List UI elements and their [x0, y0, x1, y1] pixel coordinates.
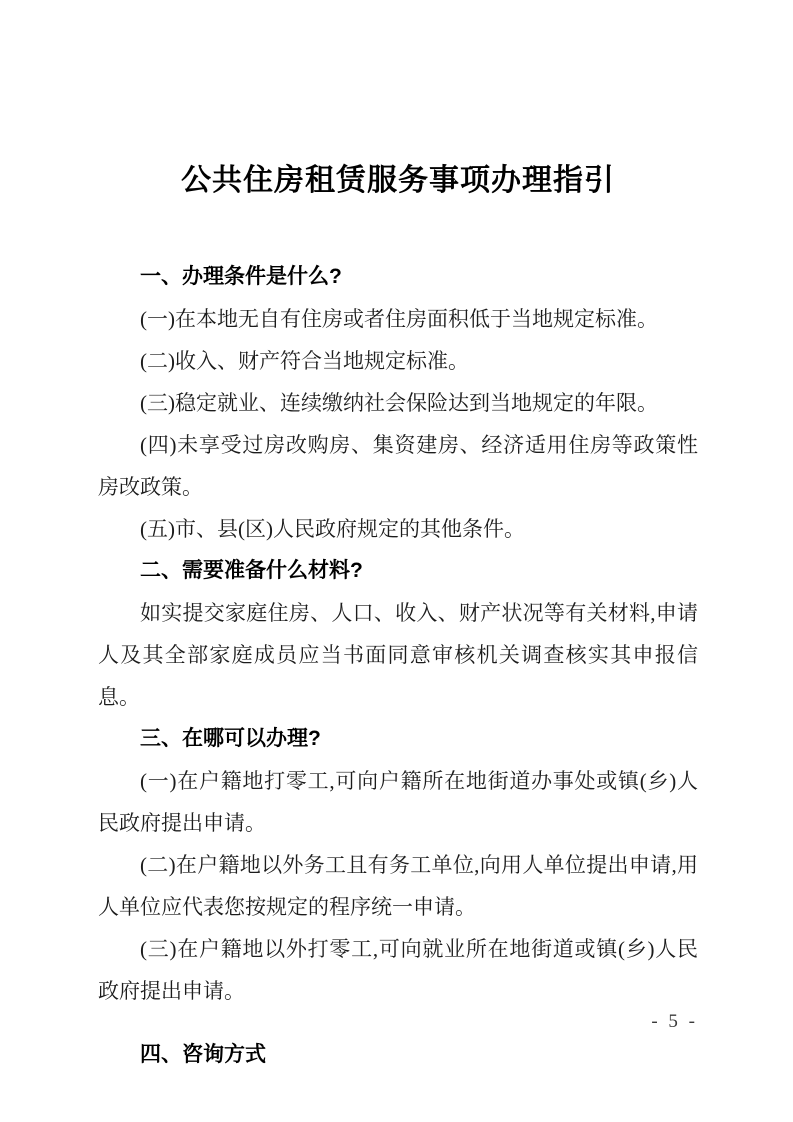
- section-heading-4: 四、咨询方式: [98, 1034, 698, 1076]
- paragraph: (四)未享受过房改购房、集资建房、经济适用住房等政策性房改政策。: [98, 424, 698, 508]
- section-heading-2: 二、需要准备什么材料?: [98, 550, 698, 592]
- document-title: 公共住房租赁服务事项办理指引: [98, 160, 698, 202]
- page-number: - 5 -: [651, 1008, 698, 1036]
- document-content: 公共住房租赁服务事项办理指引 一、办理条件是什么? (一)在本地无自有住房或者住…: [0, 0, 793, 1076]
- section-heading-3: 三、在哪可以办理?: [98, 718, 698, 760]
- section-heading-1: 一、办理条件是什么?: [98, 256, 698, 298]
- paragraph: 如实提交家庭住房、人口、收入、财产状况等有关材料,申请人及其全部家庭成员应当书面…: [98, 592, 698, 718]
- document-body: 一、办理条件是什么? (一)在本地无自有住房或者住房面积低于当地规定标准。 (二…: [98, 256, 698, 1076]
- paragraph: (二)收入、财产符合当地规定标准。: [98, 340, 698, 382]
- paragraph: (三)在户籍地以外打零工,可向就业所在地街道或镇(乡)人民政府提出申请。: [98, 928, 698, 1012]
- paragraph: (五)市、县(区)人民政府规定的其他条件。: [98, 508, 698, 550]
- document-page: 公共住房租赁服务事项办理指引 一、办理条件是什么? (一)在本地无自有住房或者住…: [0, 0, 793, 1122]
- paragraph: (二)在户籍地以外务工且有务工单位,向用人单位提出申请,用人单位应代表您按规定的…: [98, 844, 698, 928]
- paragraph: (三)稳定就业、连续缴纳社会保险达到当地规定的年限。: [98, 382, 698, 424]
- paragraph: (一)在本地无自有住房或者住房面积低于当地规定标准。: [98, 298, 698, 340]
- paragraph: (一)在户籍地打零工,可向户籍所在地街道办事处或镇(乡)人民政府提出申请。: [98, 760, 698, 844]
